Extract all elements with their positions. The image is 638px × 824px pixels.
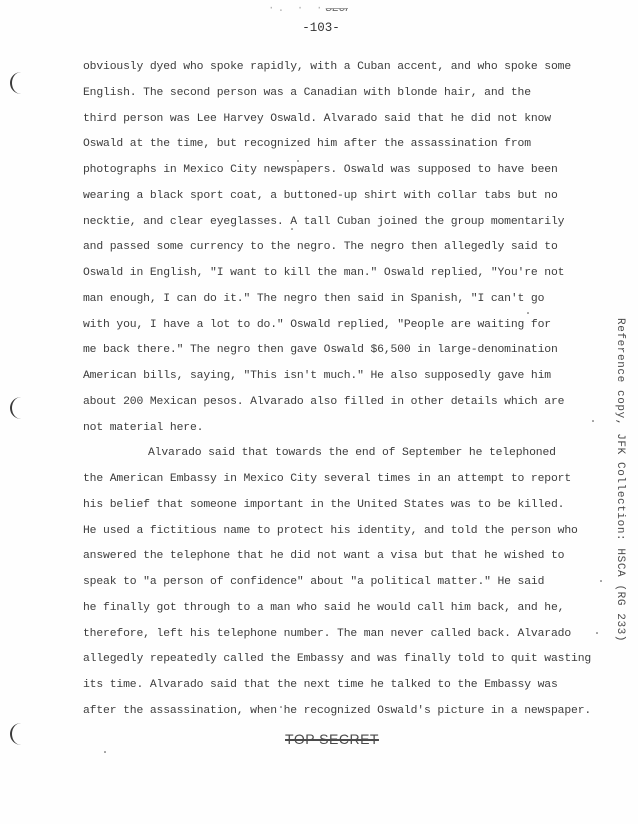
archive-reference-label: Reference copy, JFK Collection: HSCA (RG… bbox=[610, 318, 626, 628]
document-page: ·. · ·SECRET -103- obviously dyed who sp… bbox=[0, 0, 638, 824]
text-line: and passed some currency to the negro. T… bbox=[83, 235, 563, 261]
scan-speck bbox=[291, 228, 293, 230]
body-text: obviously dyed who spoke rapidly, with a… bbox=[83, 55, 563, 725]
text-line: the American Embassy in Mexico City seve… bbox=[83, 467, 563, 493]
text-line: third person was Lee Harvey Oswald. Alva… bbox=[83, 107, 563, 133]
text-line: man enough, I can do it." The negro then… bbox=[83, 287, 563, 313]
text-line: English. The second person was a Canadia… bbox=[83, 81, 563, 107]
text-line: photographs in Mexico City newspapers. O… bbox=[83, 158, 563, 184]
text-line: therefore, left his telephone number. Th… bbox=[83, 622, 563, 648]
scan-speck bbox=[600, 580, 602, 582]
scan-speck bbox=[280, 706, 282, 708]
page-number: -103- bbox=[0, 21, 638, 35]
text-line: allegedly repeatedly called the Embassy … bbox=[83, 647, 563, 673]
text-line: obviously dyed who spoke rapidly, with a… bbox=[83, 55, 563, 81]
text-line: American bills, saying, "This isn't much… bbox=[83, 364, 563, 390]
scan-speck bbox=[297, 160, 299, 162]
text-line: Alvarado said that towards the end of Se… bbox=[83, 441, 563, 467]
text-line: wearing a black sport coat, a buttoned-u… bbox=[83, 184, 563, 210]
text-line: its time. Alvarado said that the next ti… bbox=[83, 673, 563, 699]
text-line: about 200 Mexican pesos. Alvarado also f… bbox=[83, 390, 563, 416]
punch-hole-mark bbox=[10, 397, 22, 419]
text-line: his belief that someone important in the… bbox=[83, 493, 563, 519]
text-line: Oswald at the time, but recognized him a… bbox=[83, 132, 563, 158]
text-line: with you, I have a lot to do." Oswald re… bbox=[83, 313, 563, 339]
text-line: me back there." The negro then gave Oswa… bbox=[83, 338, 563, 364]
scan-speck bbox=[592, 420, 594, 422]
text-line: necktie, and clear eyeglasses. A tall Cu… bbox=[83, 210, 563, 236]
text-line: speak to "a person of confidence" about … bbox=[83, 570, 563, 596]
text-line: He used a fictitious name to protect his… bbox=[83, 519, 563, 545]
text-line: not material here. bbox=[83, 416, 563, 442]
text-line: he finally got through to a man who said… bbox=[83, 596, 563, 622]
text-line: Oswald in English, "I want to kill the m… bbox=[83, 261, 563, 287]
text-line: after the assassination, when he recogni… bbox=[83, 699, 563, 725]
classification-footer-mark: TOP SECRET bbox=[0, 731, 638, 747]
scan-speck bbox=[596, 632, 598, 634]
scan-speck bbox=[104, 751, 106, 753]
scan-speck bbox=[527, 312, 529, 314]
punch-hole-mark bbox=[10, 72, 22, 94]
text-line: answered the telephone that he did not w… bbox=[83, 544, 563, 570]
classification-header-mark: ·. · ·SECRET bbox=[268, 3, 348, 15]
